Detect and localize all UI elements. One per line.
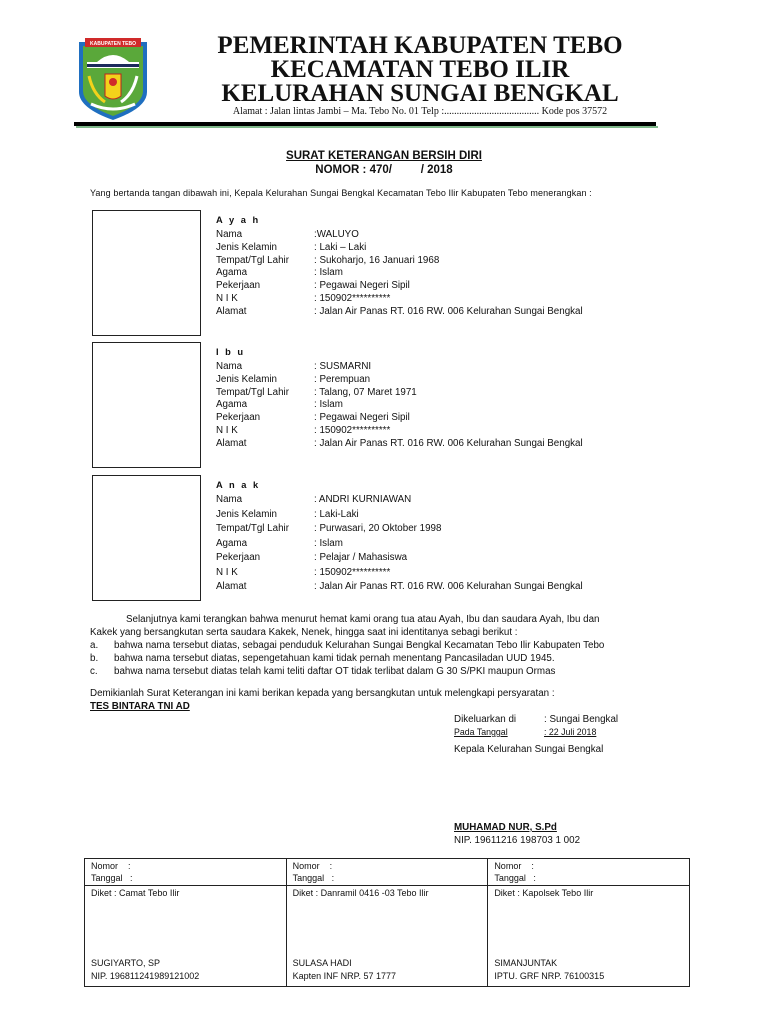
header-rule [74, 122, 656, 126]
field-value: : Pegawai Negeri Sipil [314, 412, 410, 423]
endorser-name: SUGIYARTO, SP [91, 957, 199, 970]
field-value: : Jalan Air Panas RT. 016 RW. 006 Kelura… [314, 306, 583, 317]
endorser-id: Kapten INF NRP. 57 1777 [293, 970, 396, 983]
field-value: :WALUYO [314, 229, 359, 240]
field-value: : ANDRI KURNIAWAN [314, 494, 411, 505]
letterhead-village: KELURAHAN SUNGAI BENGKAL [160, 80, 680, 108]
list-mark-a: a. [90, 640, 98, 651]
child-field-row: N I K: 150902********** [216, 567, 390, 580]
document-title: SURAT KETERANGAN BERSIH DIRI [0, 150, 768, 162]
statement-line-1: Selanjutnya kami terangkan bahwa menurut… [126, 614, 599, 625]
field-value: : Pelajar / Mahasiswa [314, 552, 407, 563]
child-field-row: Alamat: Jalan Air Panas RT. 016 RW. 006 … [216, 581, 583, 594]
letterhead-address: Alamat : Jalan lintas Jambi – Ma. Tebo N… [160, 106, 680, 117]
father-field-row: Agama: Islam [216, 267, 343, 280]
mother-photo-placeholder [92, 342, 201, 468]
mother-field-row: Alamat: Jalan Air Panas RT. 016 RW. 006 … [216, 438, 583, 451]
child-field-row: Agama: Islam [216, 538, 343, 551]
field-label: Pekerjaan [216, 280, 314, 291]
endorsement-header-cell: Nomor :Tanggal : [286, 859, 488, 886]
endorsement-table: Nomor :Tanggal : Nomor :Tanggal : Nomor … [84, 858, 690, 987]
field-value: : Laki-Laki [314, 509, 359, 520]
mother-section-title: I b u [216, 347, 245, 357]
field-label: Agama [216, 267, 314, 278]
field-label: Pekerjaan [216, 412, 314, 423]
list-item-a: bahwa nama tersebut diatas, sebagai pend… [114, 640, 604, 651]
field-label: Alamat [216, 438, 314, 449]
father-field-row: Alamat: Jalan Air Panas RT. 016 RW. 006 … [216, 306, 583, 319]
endorsement-cell-danramil: Diket : Danramil 0416 -03 Tebo Ilir SULA… [286, 886, 488, 987]
child-field-row: Pekerjaan: Pelajar / Mahasiswa [216, 552, 407, 565]
field-label: Agama [216, 538, 314, 549]
field-value: : Purwasari, 20 Oktober 1998 [314, 523, 441, 534]
list-mark-c: c. [90, 666, 98, 677]
list-item-b: bahwa nama tersebut diatas, sepengetahua… [114, 653, 555, 664]
field-value: : Islam [314, 399, 343, 410]
signer-nip: NIP. 19611216 198703 1 002 [454, 835, 580, 846]
father-field-row: Tempat/Tgl Lahir: Sukoharjo, 16 Januari … [216, 255, 439, 268]
emblem-icon: KABUPATEN TEBO [75, 36, 151, 122]
field-value: : Perempuan [314, 374, 370, 385]
field-label: N I K [216, 425, 314, 436]
endorser-name: SULASA HADI [293, 957, 396, 970]
endorsement-header-cell: Nomor :Tanggal : [488, 859, 690, 886]
field-value: : Laki – Laki [314, 242, 366, 253]
field-value: : Sukoharjo, 16 Januari 1968 [314, 255, 439, 266]
child-field-row: Nama: ANDRI KURNIAWAN [216, 494, 411, 507]
endorser-name: SIMANJUNTAK [494, 957, 604, 970]
field-value: : 150902********** [314, 293, 390, 304]
field-value: : Pegawai Negeri Sipil [314, 280, 410, 291]
field-label: Nama [216, 494, 314, 505]
field-label: Jenis Kelamin [216, 509, 314, 520]
mother-field-row: Nama: SUSMARNI [216, 361, 371, 374]
mother-field-row: N I K: 150902********** [216, 425, 390, 438]
issued-at-value: : Sungai Bengkal [544, 714, 618, 725]
field-label: N I K [216, 293, 314, 304]
father-field-row: Nama:WALUYO [216, 229, 359, 242]
mother-field-row: Agama: Islam [216, 399, 343, 412]
regency-emblem-logo: KABUPATEN TEBO [75, 36, 151, 122]
field-label: Jenis Kelamin [216, 242, 314, 253]
endorsement-cell-camat: Diket : Camat Tebo Ilir SUGIYARTO, SPNIP… [85, 886, 287, 987]
issued-at-label: Dikeluarkan di [454, 714, 516, 725]
purpose-text: TES BINTARA TNI AD [90, 701, 190, 712]
father-photo-placeholder [92, 210, 201, 336]
father-section-title: A y a h [216, 215, 260, 225]
svg-text:KABUPATEN TEBO: KABUPATEN TEBO [90, 41, 136, 47]
intro-text: Yang bertanda tangan dibawah ini, Kepala… [90, 188, 592, 198]
header-rule-shadow [76, 126, 658, 128]
father-field-row: N I K: 150902********** [216, 293, 390, 306]
field-value: : SUSMARNI [314, 361, 371, 372]
mother-field-row: Tempat/Tgl Lahir: Talang, 07 Maret 1971 [216, 387, 417, 400]
field-value: : Islam [314, 538, 343, 549]
father-field-row: Pekerjaan: Pegawai Negeri Sipil [216, 280, 410, 293]
closing-text: Demikianlah Surat Keterangan ini kami be… [90, 688, 555, 699]
endorser-id: NIP. 196811241989121002 [91, 970, 199, 983]
signer-name: MUHAMAD NUR, S.Pd [454, 822, 557, 833]
field-label: Pekerjaan [216, 552, 314, 563]
field-label: Nama [216, 229, 314, 240]
date-label: Pada Tanggal [454, 727, 508, 737]
child-field-row: Jenis Kelamin: Laki-Laki [216, 509, 359, 522]
document-number: NOMOR : 470/ / 2018 [0, 164, 768, 176]
mother-field-row: Jenis Kelamin: Perempuan [216, 374, 370, 387]
field-label: Jenis Kelamin [216, 374, 314, 385]
field-value: : Talang, 07 Maret 1971 [314, 387, 417, 398]
field-label: Tempat/Tgl Lahir [216, 523, 314, 534]
child-section-title: A n a k [216, 480, 260, 490]
list-mark-b: b. [90, 653, 98, 664]
field-label: N I K [216, 567, 314, 578]
field-value: : 150902********** [314, 425, 390, 436]
endorsement-cell-kapolsek: Diket : Kapolsek Tebo Ilir SIMANJUNTAKIP… [488, 886, 690, 987]
field-value: : Jalan Air Panas RT. 016 RW. 006 Kelura… [314, 438, 583, 449]
field-value: : Islam [314, 267, 343, 278]
field-label: Nama [216, 361, 314, 372]
endorsement-header-cell: Nomor :Tanggal : [85, 859, 287, 886]
child-photo-placeholder [92, 475, 201, 601]
issuing-office: Kepala Kelurahan Sungai Bengkal [454, 744, 603, 755]
field-value: : Jalan Air Panas RT. 016 RW. 006 Kelura… [314, 581, 583, 592]
field-value: : 150902********** [314, 567, 390, 578]
list-item-c: bahwa nama tersebut diatas telah kami te… [114, 666, 555, 677]
field-label: Tempat/Tgl Lahir [216, 255, 314, 266]
field-label: Alamat [216, 306, 314, 317]
field-label: Tempat/Tgl Lahir [216, 387, 314, 398]
statement-line-2: Kakek yang bersangkutan serta saudara Ka… [90, 627, 518, 638]
endorser-id: IPTU. GRF NRP. 76100315 [494, 970, 604, 983]
date-value: : 22 Juli 2018 [544, 727, 596, 737]
child-field-row: Tempat/Tgl Lahir: Purwasari, 20 Oktober … [216, 523, 441, 536]
mother-field-row: Pekerjaan: Pegawai Negeri Sipil [216, 412, 410, 425]
field-label: Agama [216, 399, 314, 410]
father-field-row: Jenis Kelamin: Laki – Laki [216, 242, 366, 255]
field-label: Alamat [216, 581, 314, 592]
